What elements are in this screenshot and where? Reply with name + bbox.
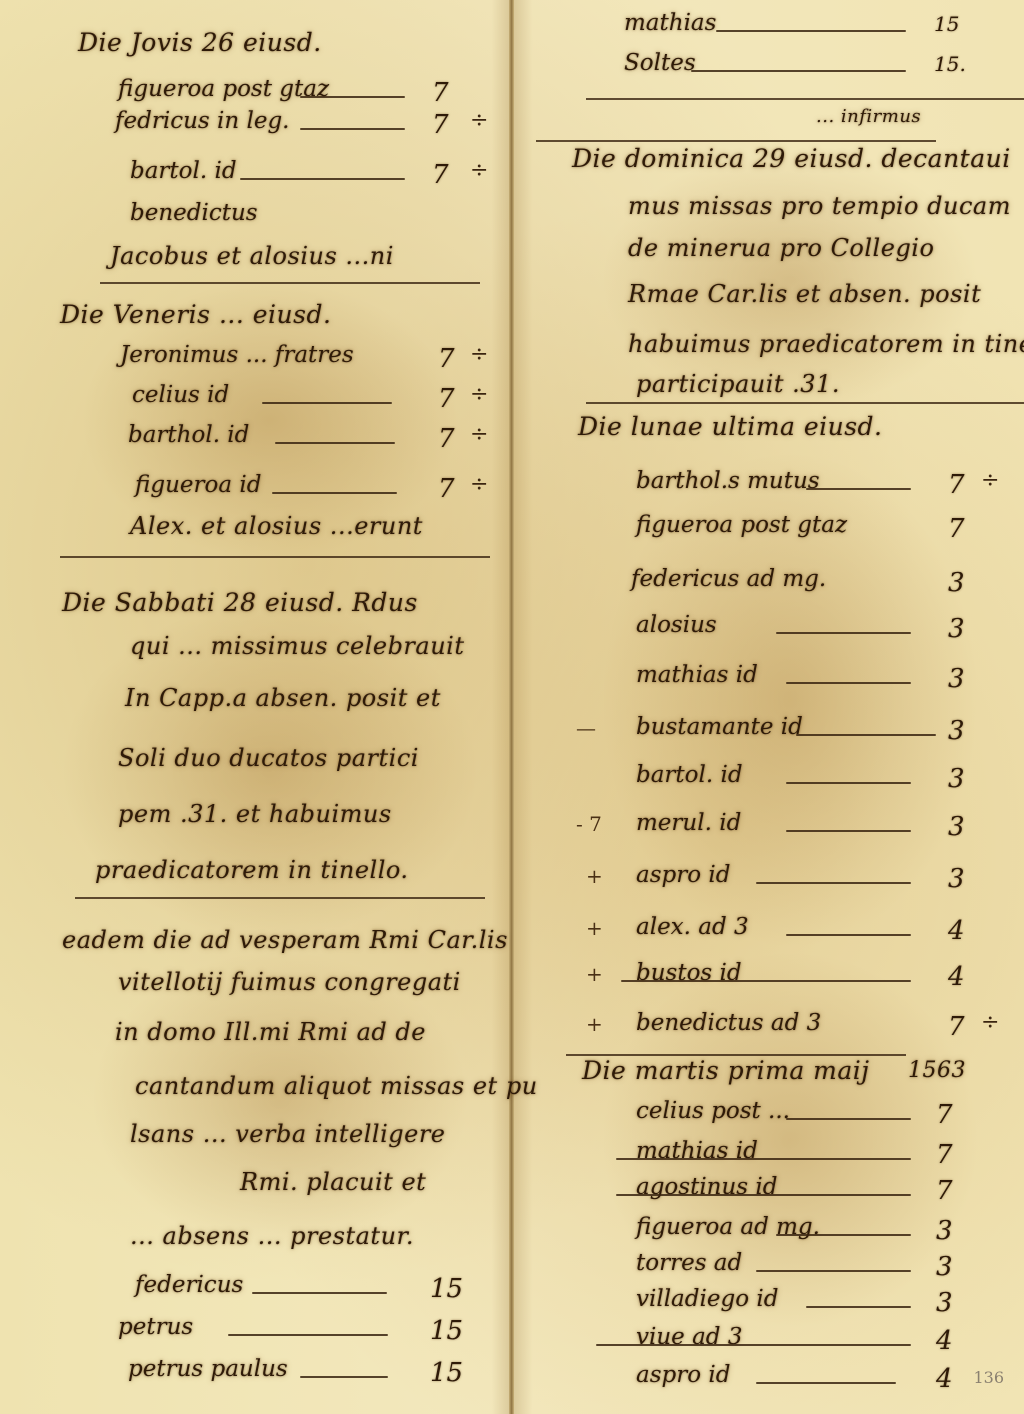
section-divider <box>586 402 1024 404</box>
ledger-entry: petrus 15 <box>0 1314 507 1350</box>
ledger-entry: figueroa post gtaz 7 <box>0 76 507 112</box>
text-line: lsans ... verba intelligere <box>130 1120 446 1148</box>
text-line: eadem die ad vesperam Rmi Car.lis <box>62 926 508 954</box>
ledger-entry: Jeronimus ... fratres 7 ÷ <box>0 342 507 378</box>
entry-value: 3 <box>948 716 965 746</box>
entry-value: 15 <box>430 1358 463 1388</box>
entry-value: 15 <box>430 1316 463 1346</box>
entry-rule <box>786 782 911 784</box>
entry-rule <box>240 178 405 180</box>
margin-mark: - 7 <box>576 812 602 836</box>
entry-mark: ÷ <box>470 342 488 367</box>
entry-name: alex. ad 3 <box>636 914 749 940</box>
entry-rule <box>300 128 405 130</box>
entry-name: celius id <box>132 382 229 408</box>
entry-rule <box>806 1306 911 1308</box>
margin-mark: + <box>586 1012 603 1036</box>
entry-rule <box>756 1382 896 1384</box>
entry-value: 7 <box>936 1100 953 1130</box>
ledger-entry: bartol. id 3 <box>516 762 1024 798</box>
entry-value: 3 <box>948 664 965 694</box>
entry-value: 15 <box>934 12 959 36</box>
ledger-entry: - 7 merul. id 3 <box>516 810 1024 846</box>
entry-name: bartol. id <box>636 762 743 788</box>
text-line: qui ... missimus celebrauit <box>130 632 465 660</box>
ledger-entry: federicus 15 <box>0 1272 507 1308</box>
entry-name: mathias <box>624 10 716 36</box>
ledger-entry: mathias id 3 <box>516 662 1024 698</box>
entry-rule <box>596 1344 911 1346</box>
entry-value: 4 <box>948 962 965 992</box>
margin-mark: + <box>586 864 603 888</box>
entry-value: 7 <box>948 514 965 544</box>
ledger-entry: Soltes 15. <box>516 50 1024 86</box>
entry-rule <box>786 682 911 684</box>
text-line: participauit .31. <box>636 370 840 398</box>
entry-rule <box>756 1270 911 1272</box>
entry-name: figueroa id <box>135 472 261 498</box>
ledger-entry: mathias 15 <box>516 10 1024 46</box>
entry-name: bustos id <box>636 960 742 986</box>
entry-value: 7 <box>438 424 455 454</box>
entry-rule <box>262 402 392 404</box>
text-line: Soli duo ducatos partici <box>118 744 419 772</box>
entry-value: 4 <box>948 916 965 946</box>
entry-rule <box>275 442 395 444</box>
entry-rule <box>716 30 906 32</box>
entry-name: barthol. id <box>128 422 249 448</box>
entry-name: mathias id <box>636 662 758 688</box>
entry-rule <box>691 70 906 72</box>
ledger-entry: celius id 7 ÷ <box>0 382 507 418</box>
entry-value: 4 <box>936 1364 953 1394</box>
ledger-entry: figueroa id 7 ÷ <box>0 472 507 508</box>
section-heading: Die dominica 29 eiusd. decantaui <box>572 144 1011 173</box>
folio-number: 136 <box>973 1368 1004 1387</box>
entry-mark: ÷ <box>981 468 999 493</box>
entry-value: 7 <box>438 474 455 504</box>
ledger-entry: mathias id 7 <box>516 1138 1024 1174</box>
ledger-entry: torres ad 3 <box>516 1250 1024 1286</box>
entry-rule <box>228 1334 388 1336</box>
entry-name: Soltes <box>624 50 696 76</box>
section-divider <box>586 98 1024 100</box>
entry-rule <box>272 492 397 494</box>
text-line: habuimus praedicatorem in tinello. <box>628 330 1024 358</box>
right-page: mathias 15 Soltes 15. ... infirmus Die d… <box>516 0 1024 1414</box>
entry-name: benedictus ad 3 <box>636 1010 821 1036</box>
section-heading: Die Sabbati 28 eiusd. Rdus <box>62 588 418 617</box>
section-divider <box>60 556 490 558</box>
ledger-entry: + aspro id 3 <box>516 862 1024 898</box>
manuscript-spread: Die Jovis 26 eiusd. figueroa post gtaz 7… <box>0 0 1024 1414</box>
entry-value: 3 <box>948 764 965 794</box>
entry-value: 3 <box>948 614 965 644</box>
text-line: praedicatorem in tinello. <box>95 856 409 884</box>
entry-value: 7 <box>948 1012 965 1042</box>
page-gutter <box>509 0 514 1414</box>
entry-name: torres ad <box>636 1250 742 1276</box>
ledger-entry: figueroa ad mg. 3 <box>516 1214 1024 1250</box>
ledger-entry: + bustos id 4 <box>516 960 1024 996</box>
ledger-entry: viue ad 3 4 <box>516 1324 1024 1360</box>
text-line: de minerua pro Collegio <box>628 234 934 262</box>
entry-rule <box>786 830 911 832</box>
ledger-entry: fedricus in leg. 7 ÷ <box>0 108 507 144</box>
entry-rule <box>756 882 911 884</box>
entry-value: 3 <box>936 1252 953 1282</box>
entry-value: 7 <box>936 1140 953 1170</box>
entry-value: 3 <box>936 1288 953 1318</box>
ledger-entry: aspro id 4 <box>516 1362 1024 1398</box>
ledger-entry: figueroa post gtaz 7 <box>516 512 1024 548</box>
margin-mark: + <box>586 916 603 940</box>
entry-value: 7 <box>432 78 449 108</box>
entry-name: barthol.s mutus <box>636 468 820 494</box>
ledger-entry: federicus ad mg. 3 <box>516 566 1024 602</box>
entry-name: merul. id <box>636 810 741 836</box>
section-heading: Die lunae ultima eiusd. <box>578 412 883 441</box>
ledger-entry: celius post ... 7 <box>516 1098 1024 1134</box>
text-line: Rmae Car.lis et absen. posit <box>628 280 981 308</box>
entry-value: 7 <box>438 344 455 374</box>
entry-name: federicus <box>135 1272 243 1298</box>
ledger-entry: benedictus <box>0 200 507 236</box>
text-line: mus missas pro tempio ducam <box>628 192 1011 220</box>
entry-value: 4 <box>936 1326 953 1356</box>
section-note: ... infirmus <box>816 106 921 127</box>
entry-value: 3 <box>948 812 965 842</box>
entry-value: 7 <box>432 160 449 190</box>
entry-name: viue ad 3 <box>636 1324 742 1350</box>
text-line: vitellotij fuimus congregati <box>118 968 461 996</box>
entry-mark: ÷ <box>470 382 488 407</box>
entry-name: bartol. id <box>130 158 237 184</box>
entry-mark: ÷ <box>470 472 488 497</box>
entry-rule <box>806 488 911 490</box>
text-line: in domo Ill.mi Rmi ad de <box>115 1018 426 1046</box>
ledger-entry: barthol.s mutus 7 ÷ <box>516 468 1024 504</box>
entry-name: alosius <box>636 612 717 638</box>
section-note: Alex. et alosius ...erunt <box>130 512 423 540</box>
entry-name: bustamante id <box>636 714 803 740</box>
section-heading: Die martis prima maij <box>582 1056 870 1085</box>
entry-name: Jeronimus ... fratres <box>120 342 354 368</box>
ledger-entry: barthol. id 7 ÷ <box>0 422 507 458</box>
entry-name: fedricus in leg. <box>115 108 290 134</box>
text-line: Rmi. placuit et <box>240 1168 426 1196</box>
ledger-entry: villadiego id 3 <box>516 1286 1024 1322</box>
entry-value: 7 <box>432 110 449 140</box>
entry-value: 7 <box>438 384 455 414</box>
entry-value: 3 <box>936 1216 953 1246</box>
entry-mark: ÷ <box>470 158 488 183</box>
text-line: pem .31. et habuimus <box>118 800 392 828</box>
entry-rule <box>616 1158 911 1160</box>
entry-value: 3 <box>948 864 965 894</box>
entry-name: celius post ... <box>636 1098 790 1124</box>
entry-value: 7 <box>936 1176 953 1206</box>
heading-year: 1563 <box>908 1058 966 1083</box>
entry-rule <box>621 980 911 982</box>
ledger-entry: petrus paulus 15 <box>0 1356 507 1392</box>
entry-rule <box>300 96 405 98</box>
entry-rule <box>796 734 936 736</box>
section-heading: Die Veneris ... eiusd. <box>60 300 331 329</box>
margin-mark: + <box>586 962 603 986</box>
entry-rule <box>252 1292 387 1294</box>
entry-name: aspro id <box>636 1362 730 1388</box>
ledger-entry: bartol. id 7 ÷ <box>0 158 507 194</box>
text-line: ... absens ... prestatur. <box>130 1222 414 1250</box>
entry-name: petrus paulus <box>128 1356 288 1382</box>
entry-name: figueroa post gtaz <box>636 512 847 538</box>
ledger-entry: — bustamante id 3 <box>516 714 1024 750</box>
entry-name: aspro id <box>636 862 730 888</box>
entry-mark: ÷ <box>470 108 488 133</box>
section-divider <box>75 897 485 899</box>
entry-name: agostinus id <box>636 1174 778 1200</box>
ledger-entry: alosius 3 <box>516 612 1024 648</box>
entry-name: petrus <box>118 1314 193 1340</box>
section-divider <box>100 282 480 284</box>
entry-rule <box>616 1194 911 1196</box>
left-page: Die Jovis 26 eiusd. figueroa post gtaz 7… <box>0 0 507 1414</box>
entry-rule <box>776 1234 911 1236</box>
entry-rule <box>300 1376 388 1378</box>
entry-name: federicus ad mg. <box>631 566 826 592</box>
entry-name: benedictus <box>130 200 258 226</box>
entry-mark: ÷ <box>981 1010 999 1035</box>
entry-value: 7 <box>948 470 965 500</box>
section-heading: Die Jovis 26 eiusd. <box>78 28 322 57</box>
ledger-entry: + alex. ad 3 4 <box>516 914 1024 950</box>
entry-name: mathias id <box>636 1138 758 1164</box>
section-note: Jacobus et alosius ...ni <box>110 242 394 270</box>
text-line: In Capp.a absen. posit et <box>125 684 441 712</box>
text-line: cantandum aliquot missas et pu <box>135 1072 538 1100</box>
entry-rule <box>786 934 911 936</box>
ledger-entry: + benedictus ad 3 7 ÷ <box>516 1010 1024 1046</box>
entry-value: 3 <box>948 568 965 598</box>
entry-rule <box>786 1118 911 1120</box>
entry-value: 15. <box>934 52 966 76</box>
entry-name: villadiego id <box>636 1286 778 1312</box>
ledger-entry: agostinus id 7 <box>516 1174 1024 1210</box>
entry-value: 15 <box>430 1274 463 1304</box>
entry-rule <box>776 632 911 634</box>
entry-mark: ÷ <box>470 422 488 447</box>
entry-name: figueroa post gtaz <box>118 76 329 102</box>
entry-name: figueroa ad mg. <box>636 1214 820 1240</box>
section-divider <box>536 140 936 142</box>
